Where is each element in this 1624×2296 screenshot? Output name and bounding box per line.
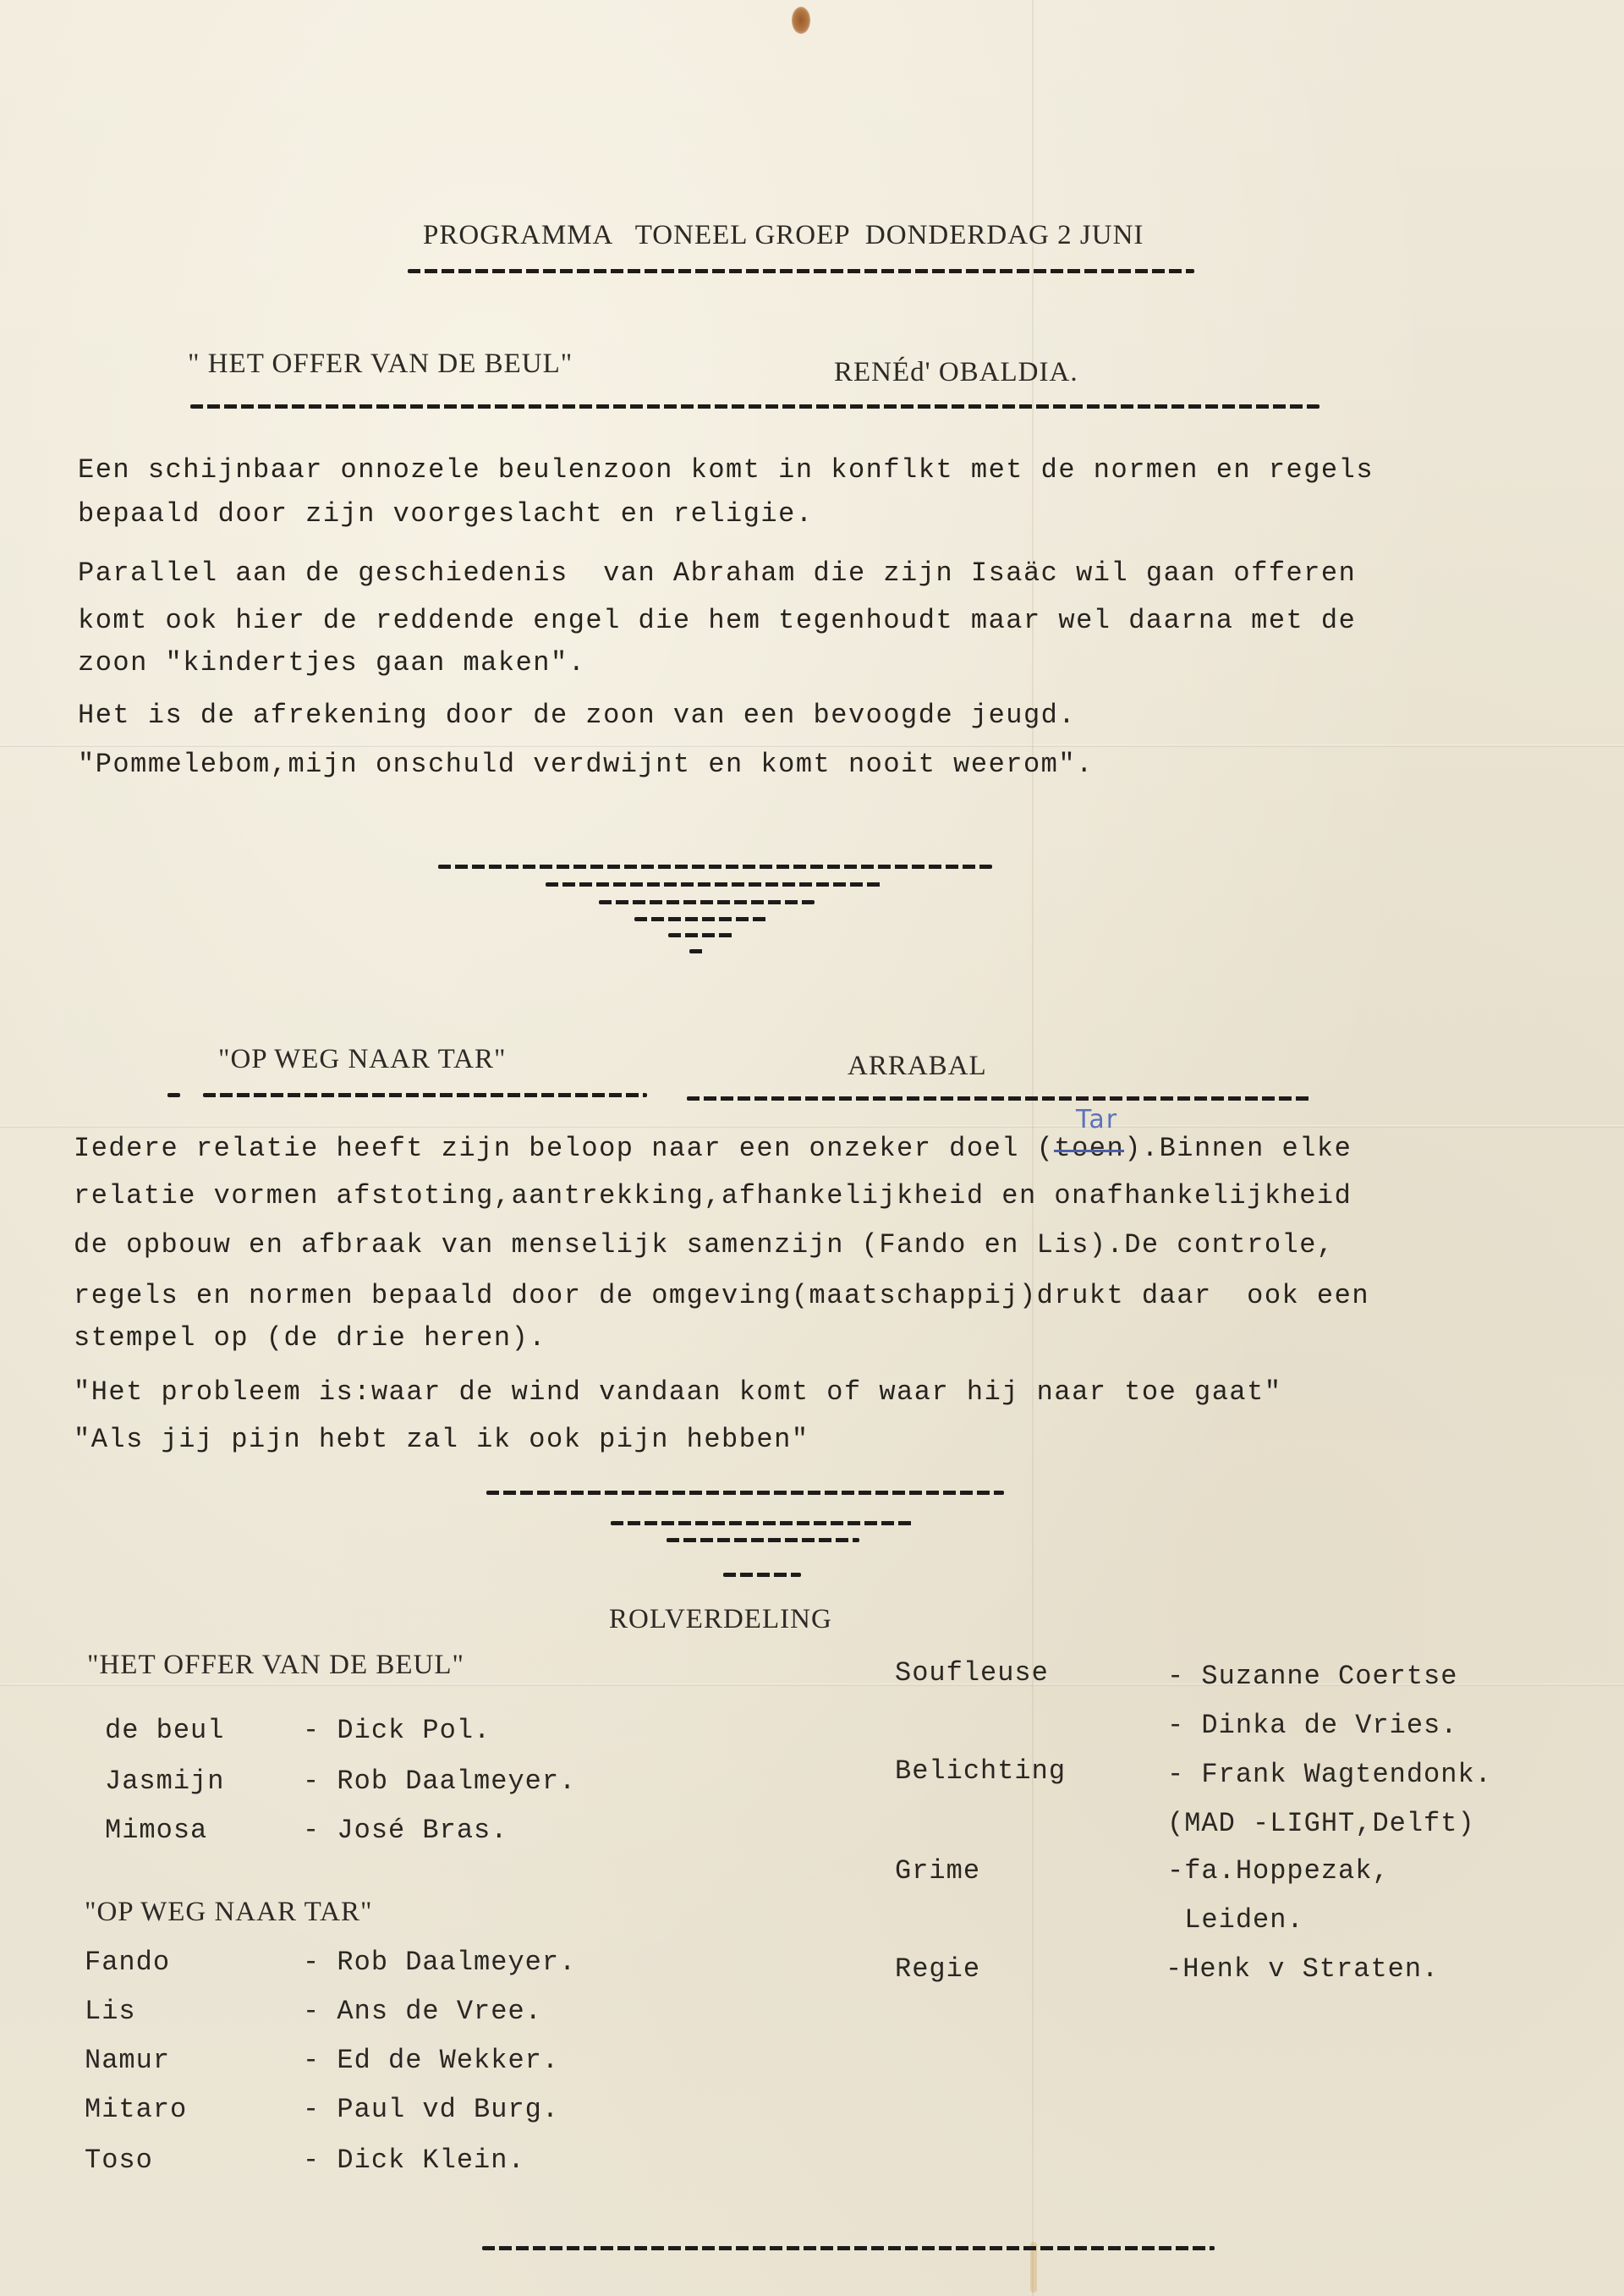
divider [668,933,736,937]
handwritten-correction: Tar [1076,1105,1118,1134]
cast-role: Fando [85,1949,170,1976]
struck-word: toen [1054,1133,1124,1164]
cast-actor: - Dick Pol. [303,1717,491,1744]
cast-role: Namur [85,2047,170,2074]
cast-actor: - Ans de Vree. [303,1998,542,2025]
divider [599,900,815,904]
play2-author: ARRABAL [848,1052,987,1080]
cast-play1-title: "HET OFFER VAN DE BEUL" [87,1651,464,1679]
divider [687,1096,1313,1101]
divider [203,1093,647,1097]
divider [611,1521,915,1525]
crew-member: - Suzanne Coertse [1167,1663,1457,1690]
cast-role: de beul [105,1717,224,1744]
crew-member: Leiden. [1167,1907,1304,1934]
paragraph-line: Parallel aan de geschiedenis van Abraham… [78,560,1356,587]
cast-actor: - Rob Daalmeyer. [303,1949,576,1976]
paragraph-line: Een schijnbaar onnozele beulenzoon komt … [78,457,1374,484]
cast-role: Mimosa [105,1817,207,1844]
divider [167,1093,180,1097]
divider [634,917,770,921]
crew-role: Regie [895,1956,980,1983]
cast-actor: - José Bras. [303,1817,507,1844]
divider [689,949,705,953]
crew-role: Belichting [895,1758,1066,1785]
paragraph-line: de opbouw en afbraak van menselijk samen… [74,1232,1335,1259]
divider [482,2246,1215,2250]
divider [667,1538,859,1542]
cast-actor: - Ed de Wekker. [303,2047,559,2074]
paragraph-line: Iedere relatie heeft zijn beloop naar ee… [74,1135,1352,1162]
cast-role: Toso [85,2147,153,2174]
paragraph-line: "Het probleem is:waar de wind vandaan ko… [74,1379,1282,1406]
cast-actor: - Paul vd Burg. [303,2096,559,2123]
crew-role: Grime [895,1858,980,1885]
cast-heading: ROLVERDELING [609,1606,832,1634]
divider [438,865,992,869]
play1-title: " HET OFFER VAN DE BEUL" [188,350,573,378]
crew-member: (MAD -LIGHT,Delft) [1167,1810,1475,1837]
crew-member: - Dinka de Vries. [1167,1712,1457,1739]
paragraph-line: regels en normen bepaald door de omgevin… [74,1283,1369,1310]
paragraph-line: stempel op (de drie heren). [74,1325,546,1352]
divider [723,1573,801,1577]
crew-member: -Henk v Straten. [1166,1956,1439,1983]
cast-role: Jasmijn [105,1768,224,1795]
paragraph-text: Iedere relatie heeft zijn beloop naar ee… [74,1133,1054,1164]
crew-role: Soufleuse [895,1660,1049,1687]
paragraph-line: "Als jij pijn hebt zal ik ook pijn hebbe… [74,1426,809,1453]
stain-mark [792,7,810,34]
paragraph-line: zoon "kindertjes gaan maken". [78,650,585,677]
crew-member: - Frank Wagtendonk. [1167,1761,1492,1788]
divider [486,1491,1004,1495]
paper-fold-horizontal [0,1125,1624,1128]
divider [546,882,884,887]
cast-role: Lis [85,1998,136,2025]
paragraph-line: komt ook hier de reddende engel die hem … [78,607,1356,634]
program-title: PROGRAMMA TONEEL GROEP DONDERDAG 2 JUNI [423,222,1144,250]
paragraph-line: relatie vormen afstoting,aantrekking,afh… [74,1183,1352,1210]
cast-role: Mitaro [85,2096,187,2123]
cast-actor: - Dick Klein. [303,2147,525,2174]
paragraph-text: ).Binnen elke [1124,1133,1352,1164]
paper-fold-horizontal [0,744,1624,747]
divider [408,269,1194,273]
paragraph-line: bepaald door zijn voorgeslacht en religi… [78,501,814,528]
cast-actor: - Rob Daalmeyer. [303,1768,576,1795]
divider [190,404,1319,409]
cast-play2-title: "OP WEG NAAR TAR" [85,1898,372,1926]
paragraph-line: "Pommelebom,mijn onschuld verdwijnt en k… [78,751,1094,778]
play1-author: RENÉd' OBALDIA. [834,359,1078,387]
crew-member: -fa.Hoppezak, [1167,1858,1390,1885]
play2-title: "OP WEG NAAR TAR" [218,1046,506,1074]
paragraph-line: Het is de afrekening door de zoon van ee… [78,702,1076,729]
